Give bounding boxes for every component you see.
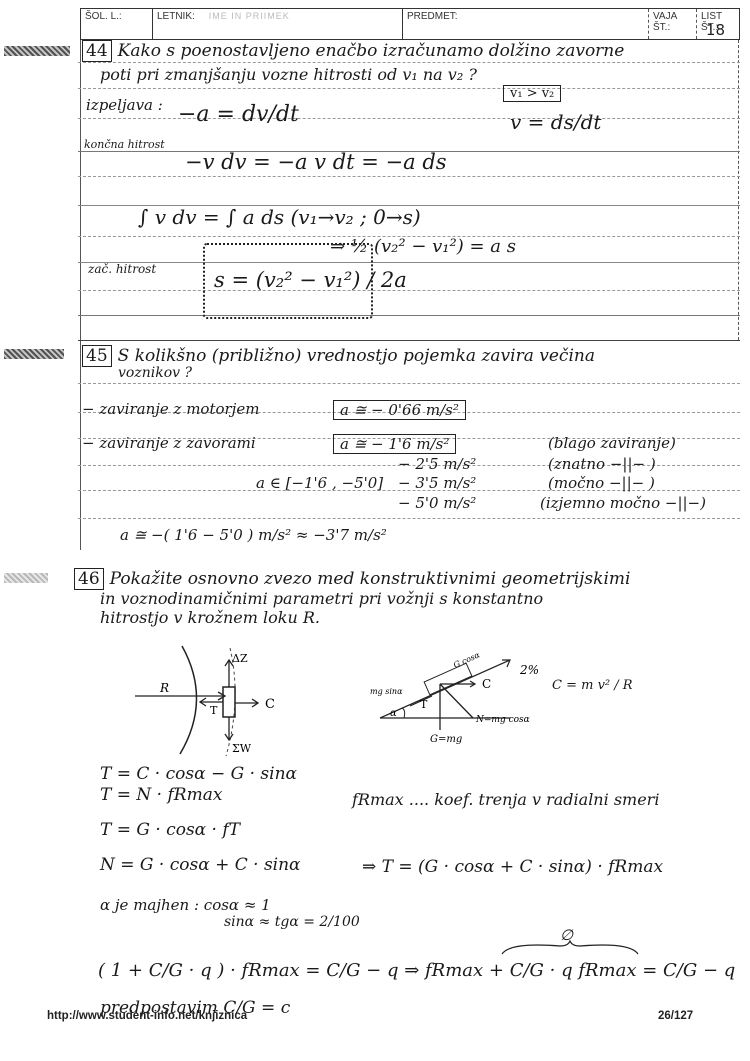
ruled-line <box>78 340 740 341</box>
right-line <box>738 40 739 340</box>
year-field: LETNIK:IME IN PRIIMEK <box>153 9 403 39</box>
form-header: ŠOL. L.: LETNIK:IME IN PRIIMEK PREDMET: … <box>80 8 740 40</box>
svg-text:ΣW: ΣW <box>232 742 252 755</box>
label-final-speed: končna hitrost <box>84 138 165 151</box>
brake-value-strong: − 3'5 m/s² <box>398 474 476 492</box>
svg-text:N=mg cosα: N=mg cosα <box>475 715 530 725</box>
q45-question-text: S kolikšno (približno) vrednostjo pojemk… <box>118 346 595 366</box>
brake-note-strong: (močno −||− ) <box>548 474 655 492</box>
svg-text:G cosα: G cosα <box>452 650 482 670</box>
q45-question-line1: 45S kolikšno (približno) vrednostjo poje… <box>82 345 595 367</box>
q46-eq2: T = N · fRmax <box>100 785 222 805</box>
svg-text:C: C <box>482 677 491 691</box>
svg-text:T: T <box>210 704 218 717</box>
q46-eq4-result: ⇒ T = (G · cosα + C · sinα) · fRmax <box>362 857 663 877</box>
name-field: IME IN PRIIMEK <box>209 11 290 21</box>
centrifugal-formula: C = m v² / R <box>552 678 633 693</box>
q46-number: 46 <box>74 568 104 590</box>
brake-value-mild: a ≅ − 1'6 m/s² <box>333 434 456 454</box>
ruled-line <box>78 518 740 519</box>
q44-eq-accel: −a = dv/dt <box>178 102 299 127</box>
q44-eq-integral: ∫ v dv = ∫ a ds (v₁→v₂ ; 0→s) <box>138 205 421 229</box>
q44-question-line1: 44Kako s poenostavljeno enačbo izračunam… <box>82 40 624 62</box>
q44-eq-step1: −v dv = −a v dt = −a ds <box>185 150 447 174</box>
brake-braking-label: − zaviranje z zavorami <box>82 434 256 452</box>
school-label: ŠOL. L.: <box>85 11 122 22</box>
q44-eq-velocity: v = ds/dt <box>510 110 601 134</box>
q46-question-text: Pokažite osnovno zvezo med konstruktivni… <box>110 569 631 589</box>
q46-eq1: T = C · cosα − G · sinα <box>100 764 297 784</box>
svg-text:mg sinα: mg sinα <box>370 687 403 696</box>
curve-force-diagram: R T C ΔZ ΣW <box>130 640 330 760</box>
small-angle-cos: α je majhen : cosα ≈ 1 <box>100 896 271 914</box>
brake-range: a ∈ [−1'6 , −5'0] <box>256 474 383 492</box>
footer-page-number: 26/127 <box>658 1010 693 1022</box>
small-angle-sin: sinα ≈ tgα = 2/100 <box>224 914 360 930</box>
ruled-line <box>78 176 740 177</box>
q45-number: 45 <box>82 345 112 367</box>
ruled-line <box>78 290 740 291</box>
exercise-field: VAJA ŠT.: <box>649 9 697 39</box>
school-field: ŠOL. L.: <box>81 9 153 39</box>
subject-label: PREDMET: <box>407 11 458 22</box>
ruled-line <box>78 315 740 316</box>
q44-eq-final: s = (v₂² − v₁²) / 2a <box>214 268 407 292</box>
year-label: LETNIK: <box>157 11 195 22</box>
ruled-line <box>78 383 740 384</box>
footer-url[interactable]: http://www.student-info.net/knjiznica <box>47 1010 247 1022</box>
q46-friction-note: fRmax .... koef. trenja v radialni smeri <box>352 790 659 809</box>
brake-value-significant: − 2'5 m/s² <box>398 455 476 473</box>
q46-question-line2: in voznodinamičnimi parametri pri vožnji… <box>100 589 543 608</box>
scanned-notes-page: ŠOL. L.: LETNIK:IME IN PRIIMEK PREDMET: … <box>0 0 750 1061</box>
q44-question-text: Kako s poenostavljeno enačbo izračunamo … <box>118 41 625 61</box>
q46-question-line3: hitrostjo v krožnem loku R. <box>100 608 320 627</box>
q44-number: 44 <box>82 40 112 62</box>
sheet-number: 18 <box>706 21 725 39</box>
ruled-line <box>78 262 740 263</box>
brake-note-extreme: (izjemno močno −||−) <box>540 494 706 512</box>
ruled-line <box>78 62 740 63</box>
svg-text:G=mg: G=mg <box>430 734 462 745</box>
engine-braking-label: − zaviranje z motorjem <box>82 400 259 418</box>
brake-note-mild: (blago zaviranje) <box>548 434 676 452</box>
engine-braking-value: a ≅ − 0'66 m/s² <box>333 400 466 420</box>
q46-eq3: T = G · cosα · fT <box>100 820 240 840</box>
incline-force-diagram: mg sinα G cosα 2% C T α N=mg cosα G=mg <box>370 650 570 755</box>
margin-line <box>80 40 81 550</box>
svg-text:2%: 2% <box>519 663 539 677</box>
brake-note-significant: (znatno −||− ) <box>548 455 656 473</box>
q44-condition-box: v₁ > v₂ <box>503 85 561 102</box>
margin-stamp <box>4 46 70 56</box>
svg-text:α: α <box>390 708 397 719</box>
label-initial-speed: zač. hitrost <box>88 262 156 276</box>
brake-value-extreme: − 5'0 m/s² <box>398 494 476 512</box>
q45-summary: a ≅ −( 1'6 − 5'0 ) m/s² ≈ −3'7 m/s² <box>120 526 387 544</box>
svg-text:R: R <box>159 681 169 695</box>
exercise-label: VAJA ŠT.: <box>653 11 677 33</box>
q44-derivation-label: izpeljava : <box>86 96 163 114</box>
brace <box>500 940 640 956</box>
svg-text:ΔZ: ΔZ <box>232 652 248 665</box>
q46-eq4: N = G · cosα + C · sinα <box>100 855 301 875</box>
subject-field: PREDMET: <box>403 9 649 39</box>
sheet-field: LIST ŠT.:18 <box>697 9 739 39</box>
q44-question-line2: poti pri zmanjšanju vozne hitrosti od v₁… <box>100 65 477 84</box>
ruled-line <box>78 88 740 89</box>
q46-eq5: ( 1 + C/G · q ) · fRmax = C/G − q ⇒ fRma… <box>98 960 735 981</box>
svg-text:C: C <box>265 697 275 712</box>
margin-stamp <box>4 573 48 583</box>
q45-question-line2: voznikov ? <box>118 365 192 381</box>
margin-stamp <box>4 349 64 359</box>
q46-question-line1: 46Pokažite osnovno zvezo med konstruktiv… <box>74 568 630 590</box>
svg-text:T: T <box>420 698 428 711</box>
